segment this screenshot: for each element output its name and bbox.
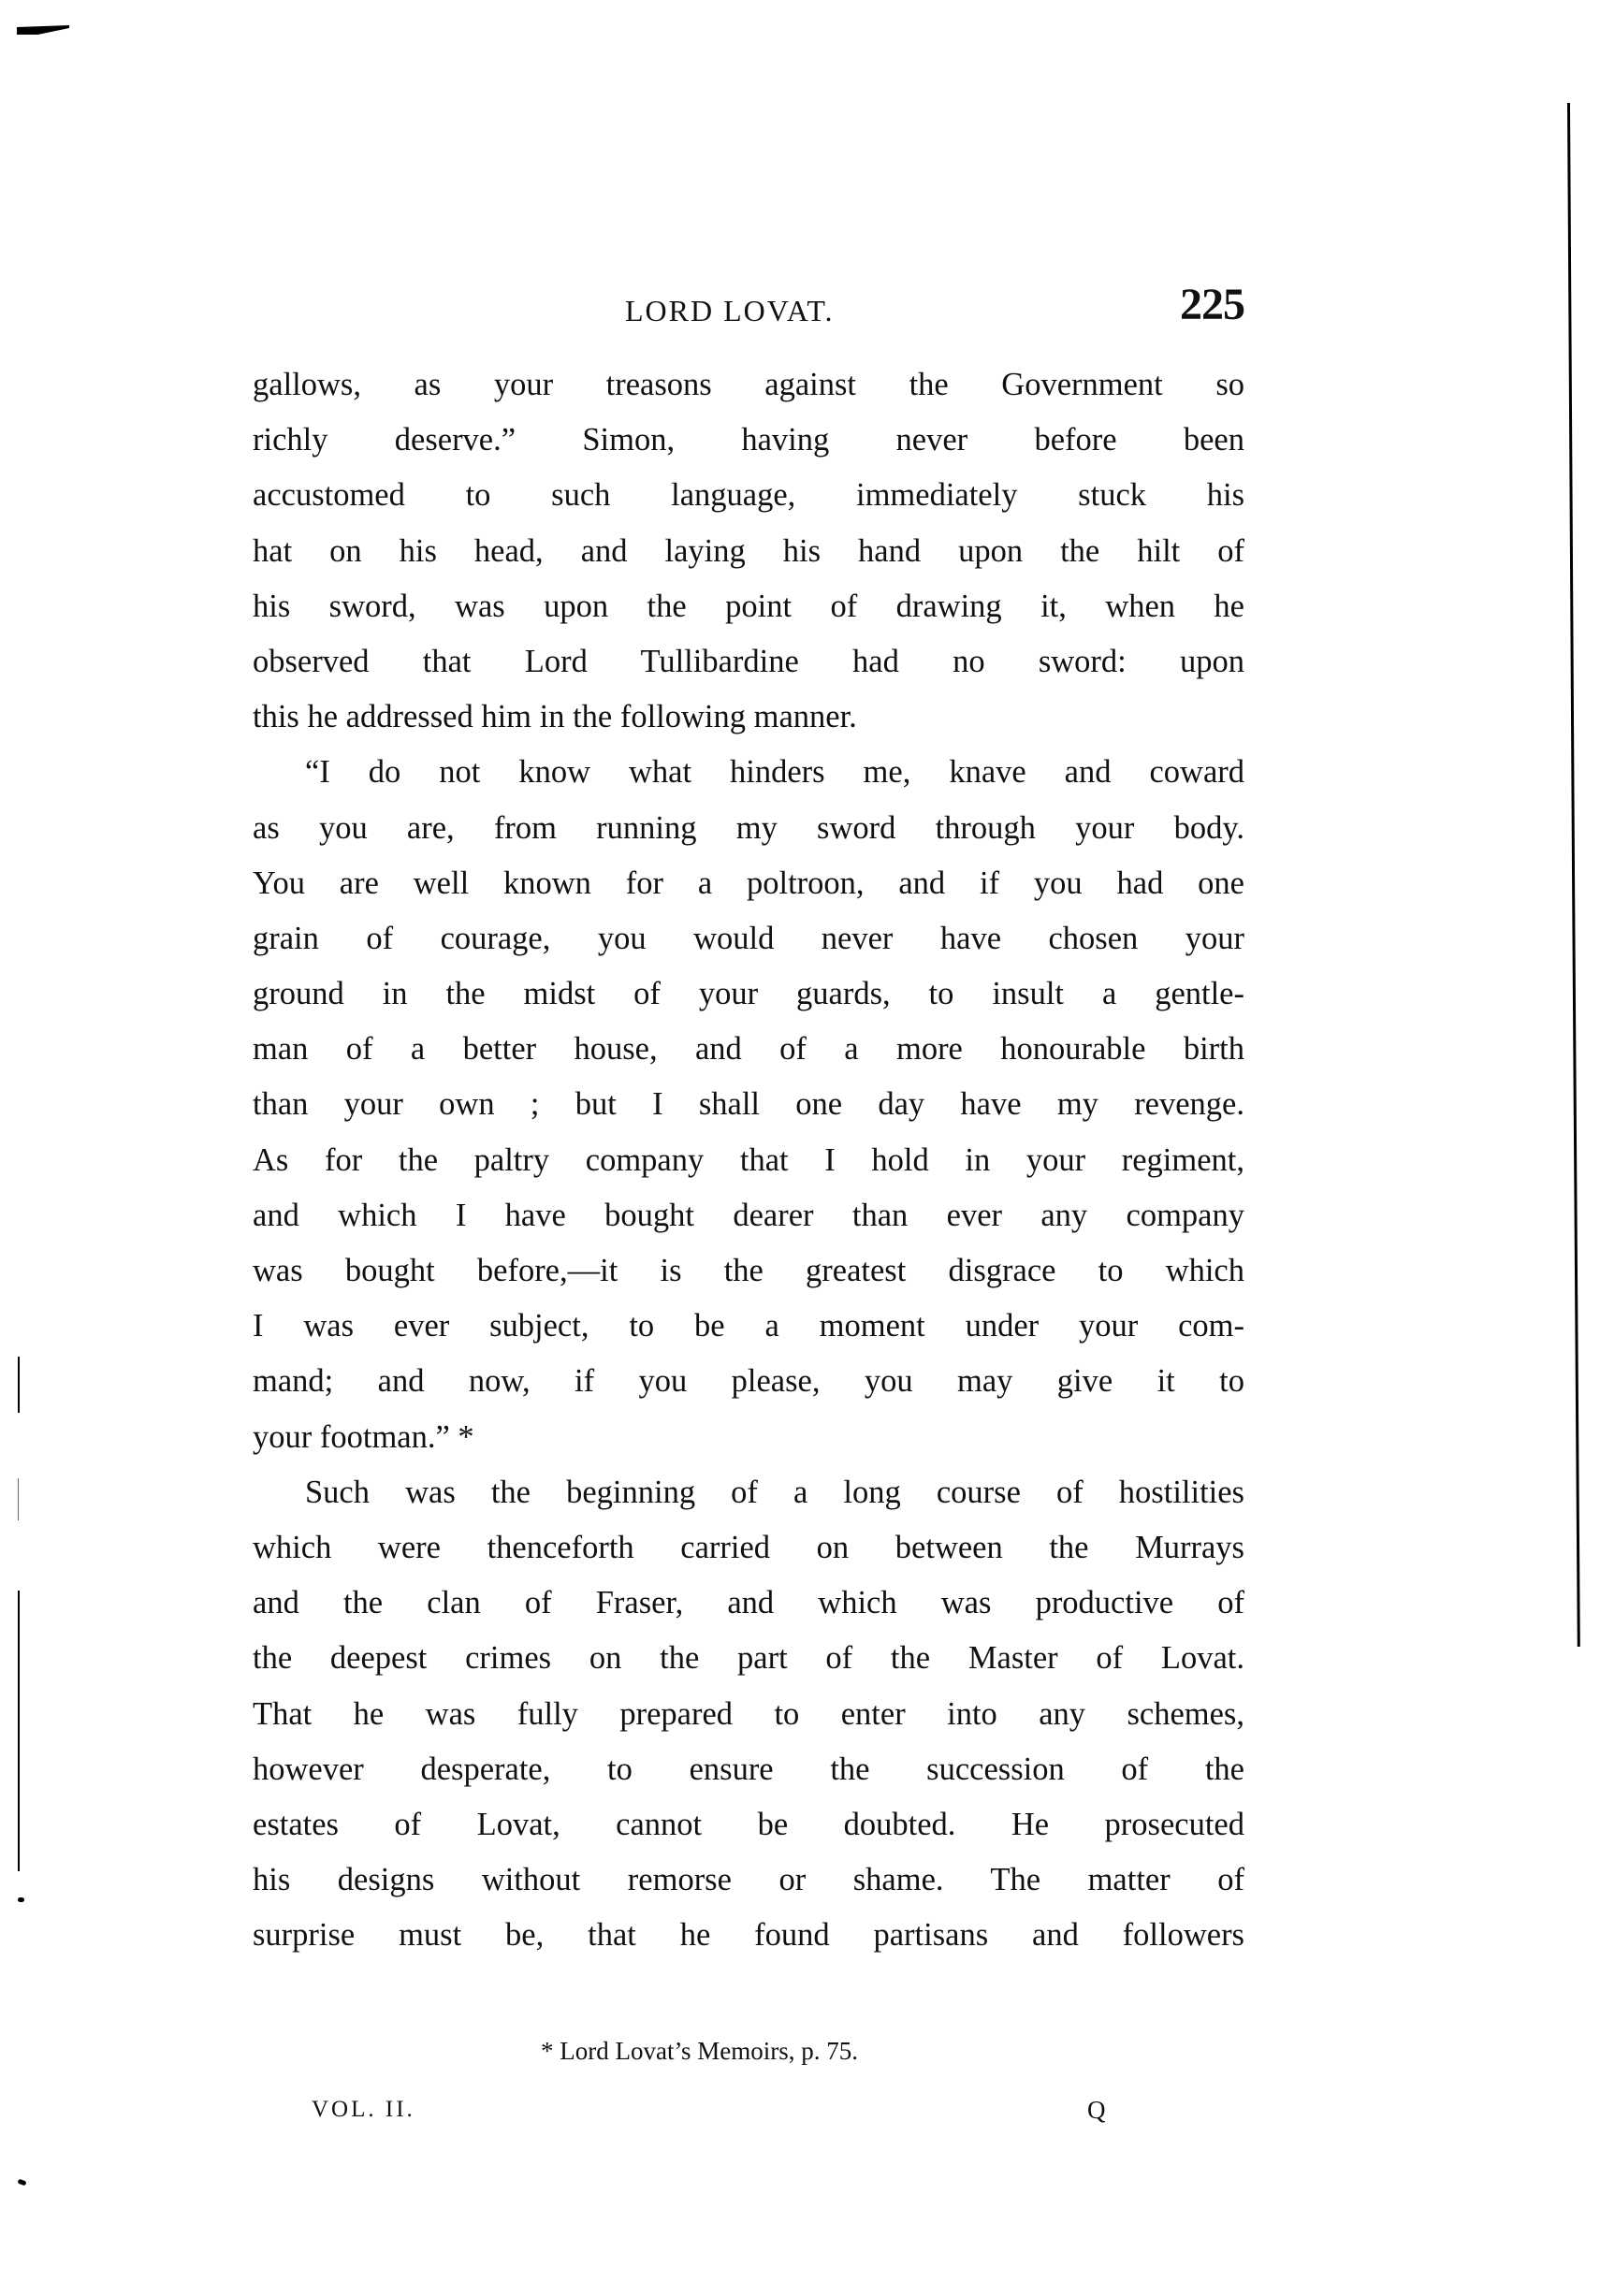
text-line: and which I have bought dearer than ever…	[253, 1188, 1244, 1243]
binding-blob-left-2	[17, 2179, 26, 2187]
text-line: and the clan of Fraser, and which was pr…	[253, 1576, 1244, 1631]
scan-mark-top-left	[17, 25, 69, 35]
text-line: than your own ; but I shall one day have…	[253, 1077, 1244, 1132]
page-number: 225	[1180, 281, 1244, 329]
text-line: grain of courage, you would never have c…	[253, 911, 1244, 966]
text-line: the deepest crimes on the part of the Ma…	[253, 1631, 1244, 1686]
text-line: ground in the midst of your guards, to i…	[253, 966, 1244, 1022]
text-line: however desperate, to ensure the success…	[253, 1742, 1244, 1797]
text-line: You are well known for a poltroon, and i…	[253, 856, 1244, 911]
running-title: LORD LOVAT.	[625, 292, 834, 329]
text-line: richly deserve.” Simon, having never bef…	[253, 413, 1244, 468]
text-line: estates of Lovat, cannot be doubted. He …	[253, 1797, 1244, 1853]
binding-line-left-1	[18, 1357, 20, 1413]
text-line: Such was the beginning of a long course …	[253, 1465, 1244, 1520]
text-line: man of a better house, and of a more hon…	[253, 1022, 1244, 1077]
binding-blob-left-1	[18, 1897, 24, 1902]
text-line: That he was fully prepared to enter into…	[253, 1687, 1244, 1742]
text-line: observed that Lord Tullibardine had no s…	[253, 634, 1244, 690]
text-line: “I do not know what hinders me, knave an…	[253, 745, 1244, 800]
text-line: accustomed to such language, immediately…	[253, 468, 1244, 523]
footnote: * Lord Lovat’s Memoirs, p. 75.	[541, 2032, 858, 2070]
page-edge-line-right-lower	[1572, 870, 1580, 1647]
text-line: his designs without remorse or shame. Th…	[253, 1853, 1244, 1908]
text-line: hat on his head, and laying his hand upo…	[253, 524, 1244, 579]
text-line: which were thenceforth carried on betwee…	[253, 1520, 1244, 1576]
signature-mark: Q	[1087, 2093, 1106, 2127]
text-line: your footman.” *	[253, 1410, 1244, 1465]
text-line: As for the paltry company that I hold in…	[253, 1133, 1244, 1188]
text-line: was bought before,—it is the greatest di…	[253, 1243, 1244, 1299]
body-text: gallows, as your treasons against the Go…	[253, 357, 1244, 1963]
text-line: surprise must be, that he found partisan…	[253, 1908, 1244, 1963]
text-line: this he addressed him in the following m…	[253, 690, 1244, 745]
volume-label: VOL. II.	[312, 2093, 415, 2127]
text-line: mand; and now, if you please, you may gi…	[253, 1354, 1244, 1409]
binding-line-left-2	[18, 1478, 19, 1520]
text-line: gallows, as your treasons against the Go…	[253, 357, 1244, 413]
text-line: as you are, from running my sword throug…	[253, 801, 1244, 856]
binding-line-left-3	[18, 1591, 20, 1871]
page-edge-line-right	[1567, 103, 1575, 870]
running-head: LORD LOVAT. 225	[253, 281, 1244, 327]
text-line: I was ever subject, to be a moment under…	[253, 1299, 1244, 1354]
text-line: his sword, was upon the point of drawing…	[253, 579, 1244, 634]
book-page: LORD LOVAT. 225 gallows, as your treason…	[0, 0, 1600, 2296]
